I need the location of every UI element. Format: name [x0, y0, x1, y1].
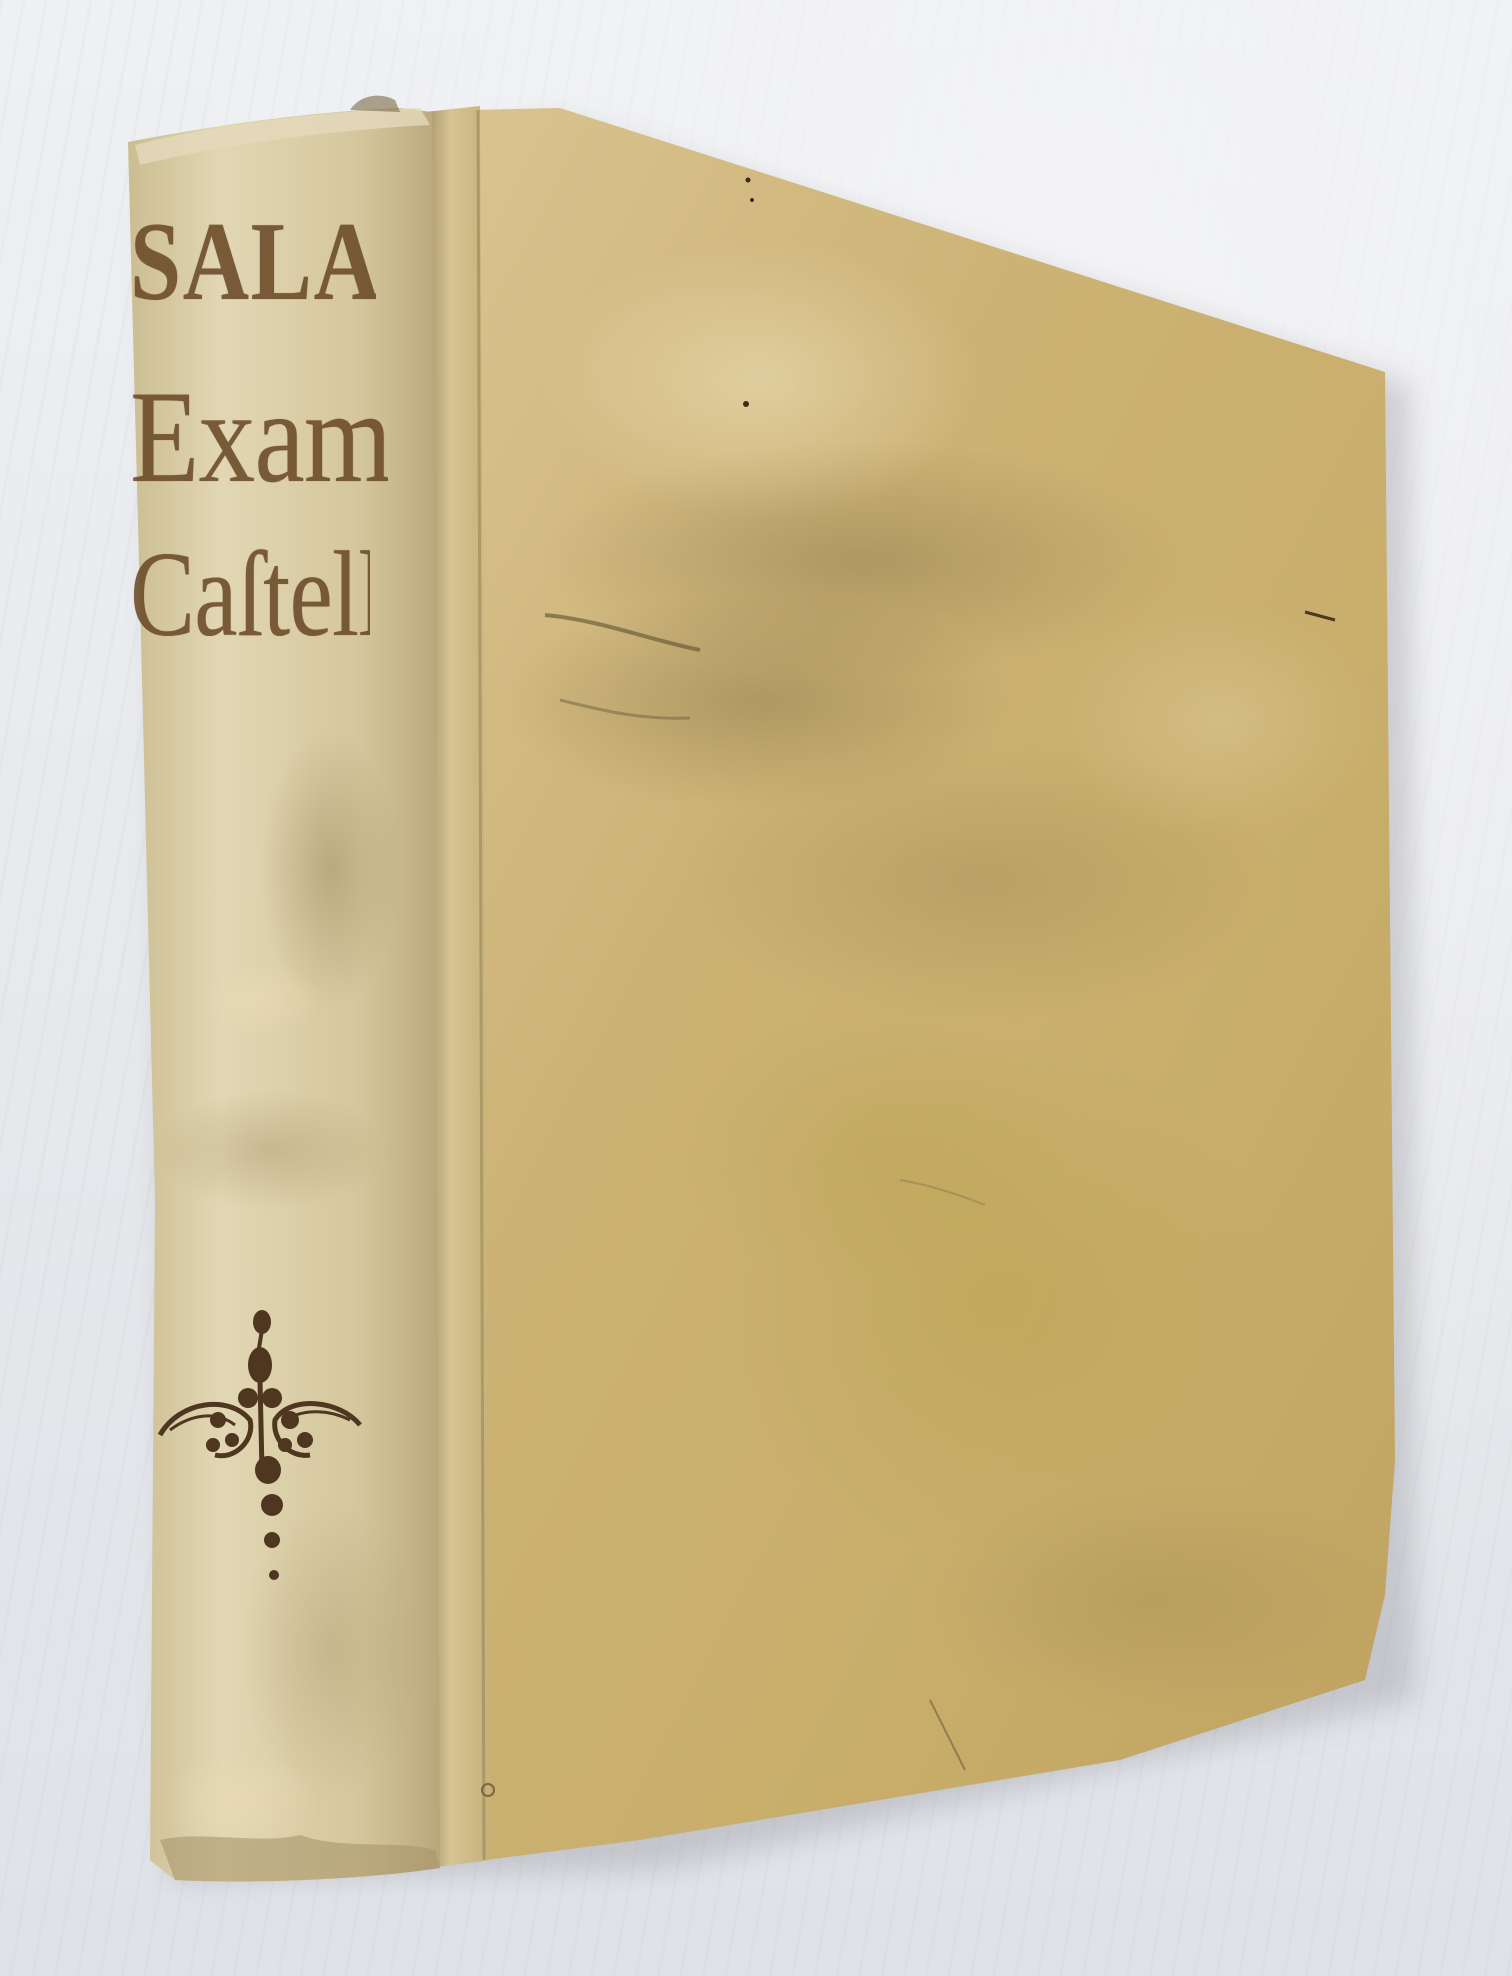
photo-scene: SALAZAR Examen Caſtellano [0, 0, 1512, 1976]
vellum-book: SALAZAR Examen Caſtellano [0, 0, 1512, 1976]
spine-author-text: SALAZAR [130, 198, 376, 327]
spine-title-line-1: Examen [130, 360, 388, 513]
spine-title-line-2: Caſtellano [130, 525, 370, 665]
